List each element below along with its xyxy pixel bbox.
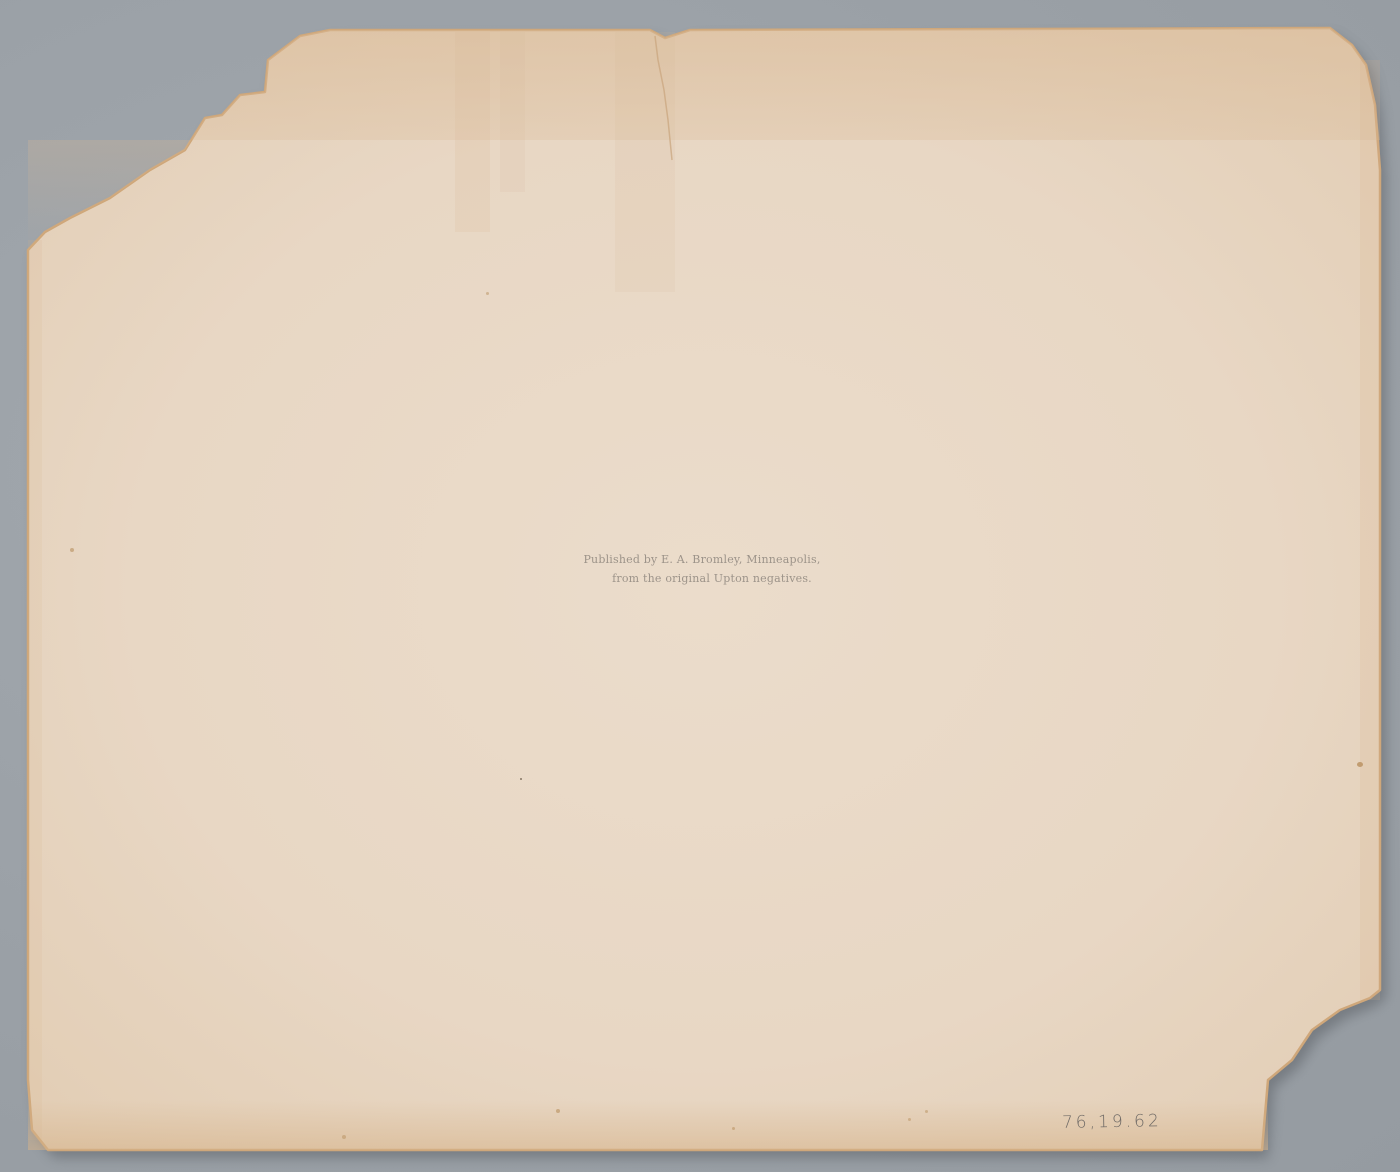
foxing-spot [908,1118,911,1121]
foxing-spot [342,1135,346,1139]
foxing-spot [925,1110,928,1113]
paper-card [0,0,1400,1172]
foxing-spot [486,292,489,295]
publisher-imprint-line2: from the original Upton negatives. [0,572,1400,585]
foxing-spot [1357,762,1363,767]
paper-shape [0,0,1400,1172]
foxing-spot [556,1109,560,1113]
foxing-spot [520,778,522,780]
foxing-spot [70,548,74,552]
publisher-imprint-line1: Published by E. A. Bromley, Minneapolis, [0,553,1400,566]
foxing-spot [732,1127,735,1130]
accession-number: 76,19.62 [1062,1111,1162,1133]
